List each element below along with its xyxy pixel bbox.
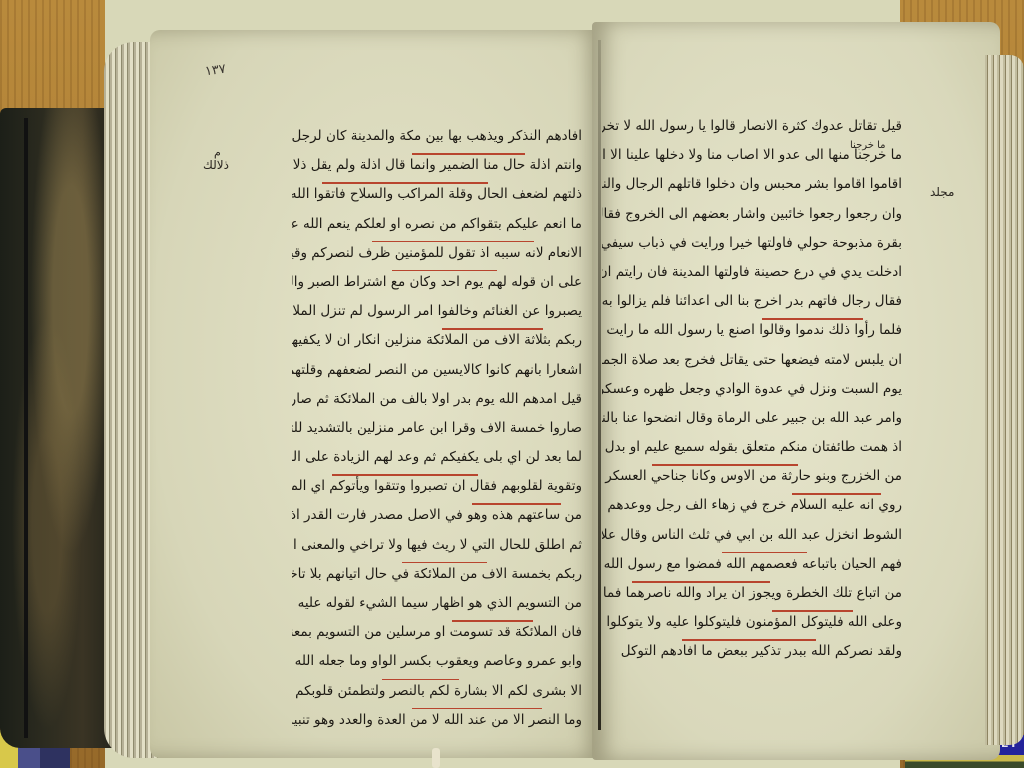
line-text: وامر عبد الله بن جبير على الرماة وقال ان… xyxy=(602,410,902,426)
line-text: ان يلبس لامته فيضعها حتى يقاتل فخرج بعد … xyxy=(602,352,902,368)
manuscript-line: على ان قوله لهم يوم احد وكان مع اشتراط ا… xyxy=(292,268,582,297)
manuscript-line: ربكم بخمسة الاف من الملائكة في حال اتيان… xyxy=(292,560,582,589)
red-rubric-overline xyxy=(472,503,561,505)
line-text: الا بشرى لكم الا بشارة لكم بالنصر ولتطمئ… xyxy=(292,683,582,699)
line-text: وعلى الله فليتوكل المؤمنون فليتوكلوا علي… xyxy=(602,614,902,630)
book-gutter xyxy=(598,40,601,730)
manuscript-line: الانعام لانه سببه اذ تقول للمؤمنين ظرف ل… xyxy=(292,239,582,268)
line-text: صاروا خمسة الاف وقرا ابن عامر منزلين بال… xyxy=(292,420,582,436)
red-rubric-overline xyxy=(762,318,863,320)
red-rubric-overline xyxy=(412,708,542,710)
red-rubric-overline xyxy=(332,474,478,476)
folio-number: ١٣٧ xyxy=(204,62,227,80)
red-rubric-overline xyxy=(442,328,543,330)
manuscript-line: ما خرجنا منها الى عدو الا اصاب منا ولا د… xyxy=(602,141,902,170)
manuscript-line: وانتم اذلة حال منا الضمير وانما قال اذلة… xyxy=(292,151,582,180)
red-rubric-overline xyxy=(632,581,770,583)
line-text: على ان قوله لهم يوم احد وكان مع اشتراط ا… xyxy=(292,274,582,290)
manuscript-line: ادخلت يدي في درع حصينة فاولتها المدينة ف… xyxy=(602,258,902,287)
line-text: الانعام لانه سببه اذ تقول للمؤمنين ظرف ل… xyxy=(292,245,582,261)
manuscript-line: يصبروا عن الغنائم وخالفوا امر الرسول لم … xyxy=(292,297,582,326)
manuscript-line: صاروا خمسة الاف وقرا ابن عامر منزلين بال… xyxy=(292,414,582,443)
line-text: وابو عمرو وعاصم ويعقوب بكسر الواو وما جع… xyxy=(292,653,582,669)
red-rubric-overline xyxy=(402,562,487,564)
manuscript-line: قيل امدهم الله يوم بدر اولا بالف من المل… xyxy=(292,385,582,414)
line-text: وما النصر الا من عند الله لا من العدة وا… xyxy=(292,712,582,728)
red-rubric-overline xyxy=(452,620,533,622)
line-text: وانتم اذلة حال منا الضمير وانما قال اذلة… xyxy=(292,157,582,173)
leather-cover xyxy=(0,108,118,748)
manuscript-line: فقال رجال فاتهم بدر اخرج بنا الى اعدائنا… xyxy=(602,287,902,316)
cover-spine-edge xyxy=(24,118,28,738)
manuscript-line: وامر عبد الله بن جبير على الرماة وقال ان… xyxy=(602,404,902,433)
manuscript-line: ما انعم عليكم بتقواكم من نصره او لعلكم ي… xyxy=(292,210,582,239)
manuscript-line: ذلتهم لضعف الحال وقلة المراكب والسلاح فا… xyxy=(292,180,582,209)
red-rubric-overline xyxy=(412,153,525,155)
line-text: قيل امدهم الله يوم بدر اولا بالف من المل… xyxy=(292,391,582,407)
red-rubric-overline xyxy=(382,679,459,681)
line-text: اشعارا بانهم كانوا كالايسين من النصر لضع… xyxy=(292,362,582,378)
line-text: وان رجعوا رجعوا خائبين واشار بعضهم الى ا… xyxy=(602,206,902,222)
line-text: ما خرجنا منها الى عدو الا اصاب منا ولا د… xyxy=(602,147,902,163)
line-text: ثم اطلق للحال التي لا ريث فيها ولا تراخي… xyxy=(292,537,582,553)
manuscript-line: فهم الحيان باتباعه فعصمهم الله فمضوا مع … xyxy=(602,550,902,579)
manuscript-line: فان الملائكة قد تسومت او مرسلين من التسو… xyxy=(292,618,582,647)
line-text: ربكم بخمسة الاف من الملائكة في حال اتيان… xyxy=(292,566,582,582)
manuscript-line: وما النصر الا من عند الله لا من العدة وا… xyxy=(292,706,582,735)
manuscript-line: من الخزرج وبنو حارثة من الاوس وكانا جناح… xyxy=(602,462,902,491)
margin-note-left: ذلالك xyxy=(203,158,229,172)
bookmark-thread xyxy=(432,748,440,768)
line-text: بقرة مذبوحة حولي فاولتها خيرا ورايت في ذ… xyxy=(602,235,902,251)
red-rubric-overline xyxy=(722,552,807,554)
manuscript-line: وابو عمرو وعاصم ويعقوب بكسر الواو وما جع… xyxy=(292,647,582,676)
manuscript-line: قيل تقاتل عدوك كثرة الانصار قالوا يا رسو… xyxy=(602,112,902,141)
line-text: ما انعم عليكم بتقواكم من نصره او لعلكم ي… xyxy=(292,216,582,232)
line-text: ولقد نصركم الله ببدر تذكير ببعض ما افاده… xyxy=(621,643,902,659)
red-rubric-overline xyxy=(372,241,534,243)
line-text: الشوط انخزل عبد الله بن ابي في ثلث الناس… xyxy=(602,527,902,543)
manuscript-line: بقرة مذبوحة حولي فاولتها خيرا ورايت في ذ… xyxy=(602,229,902,258)
manuscript-line: وتقوية لقلوبهم فقال ان تصبروا وتتقوا ويأ… xyxy=(292,472,582,501)
line-text: من التسويم الذي هو اظهار سيما الشيء لقول… xyxy=(292,595,582,611)
red-rubric-overline xyxy=(792,493,881,495)
manuscript-line: الشوط انخزل عبد الله بن ابي في ثلث الناس… xyxy=(602,521,902,550)
left-page-text: افادهم النذكر ويذهب بها بين مكة والمدينة… xyxy=(292,122,582,735)
line-text: اقاموا اقاموا بشر محبس وان دخلوا قاتلهم … xyxy=(602,176,902,192)
manuscript-line: اقاموا اقاموا بشر محبس وان دخلوا قاتلهم … xyxy=(602,170,902,199)
manuscript-line: من التسويم الذي هو اظهار سيما الشيء لقول… xyxy=(292,589,582,618)
line-text: افادهم النذكر ويذهب بها بين مكة والمدينة… xyxy=(292,128,582,144)
manuscript-line: ربكم بثلاثة الاف من الملائكة منزلين انكا… xyxy=(292,326,582,355)
manuscript-line: من اتباع تلك الخطرة ويجوز ان يراد والله … xyxy=(602,579,902,608)
manuscript-line: الا بشرى لكم الا بشارة لكم بالنصر ولتطمئ… xyxy=(292,677,582,706)
manuscript-line: يوم السبت ونزل في عدوة الوادي وجعل ظهره … xyxy=(602,375,902,404)
line-text: من ساعتهم هذه وهو في الاصل مصدر فارت الق… xyxy=(292,507,582,523)
line-text: لما بعد لن اي بلى يكفيكم ثم وعد لهم الزي… xyxy=(292,449,582,465)
line-text: اذ همت طائفتان منكم متعلق بقوله سميع علي… xyxy=(602,439,902,455)
page-edges-right xyxy=(985,55,1024,745)
line-text: ادخلت يدي في درع حصينة فاولتها المدينة ف… xyxy=(602,264,902,280)
line-text: يصبروا عن الغنائم وخالفوا امر الرسول لم … xyxy=(292,303,582,319)
margin-note-right: مجلد xyxy=(930,185,954,199)
manuscript-line: ولقد نصركم الله ببدر تذكير ببعض ما افاده… xyxy=(602,637,902,666)
manuscript-line: من ساعتهم هذه وهو في الاصل مصدر فارت الق… xyxy=(292,501,582,530)
red-rubric-overline xyxy=(322,182,488,184)
right-page-text: قيل تقاتل عدوك كثرة الانصار قالوا يا رسو… xyxy=(602,112,902,667)
line-text: فلما رأوا ذلك ندموا وقالوا اصنع يا رسول … xyxy=(602,322,902,338)
line-text: ذلتهم لضعف الحال وقلة المراكب والسلاح فا… xyxy=(292,186,582,202)
line-text: فقال رجال فاتهم بدر اخرج بنا الى اعدائنا… xyxy=(602,293,902,309)
manuscript-line: وعلى الله فليتوكل المؤمنون فليتوكلوا علي… xyxy=(602,608,902,637)
line-text: من الخزرج وبنو حارثة من الاوس وكانا جناح… xyxy=(602,468,902,484)
red-rubric-overline xyxy=(772,610,853,612)
manuscript-line: ثم اطلق للحال التي لا ريث فيها ولا تراخي… xyxy=(292,531,582,560)
red-rubric-overline xyxy=(392,270,497,272)
manuscript-line: افادهم النذكر ويذهب بها بين مكة والمدينة… xyxy=(292,122,582,151)
line-text: من اتباع تلك الخطرة ويجوز ان يراد والله … xyxy=(602,585,902,601)
manuscript-line: فلما رأوا ذلك ندموا وقالوا اصنع يا رسول … xyxy=(602,316,902,345)
manuscript-line: روي انه عليه السلام خرج في زهاء الف رجل … xyxy=(602,491,902,520)
line-text: فهم الحيان باتباعه فعصمهم الله فمضوا مع … xyxy=(602,556,902,572)
manuscript-line: اشعارا بانهم كانوا كالايسين من النصر لضع… xyxy=(292,356,582,385)
line-text: قيل تقاتل عدوك كثرة الانصار قالوا يا رسو… xyxy=(602,118,902,134)
line-text: روي انه عليه السلام خرج في زهاء الف رجل … xyxy=(602,497,902,513)
line-text: فان الملائكة قد تسومت او مرسلين من التسو… xyxy=(292,624,582,640)
manuscript-line: وان رجعوا رجعوا خائبين واشار بعضهم الى ا… xyxy=(602,200,902,229)
manuscript-line: ان يلبس لامته فيضعها حتى يقاتل فخرج بعد … xyxy=(602,346,902,375)
red-rubric-overline xyxy=(652,464,798,466)
line-text: يوم السبت ونزل في عدوة الوادي وجعل ظهره … xyxy=(602,381,902,397)
red-rubric-overline xyxy=(682,639,816,641)
manuscript-line: لما بعد لن اي بلى يكفيكم ثم وعد لهم الزي… xyxy=(292,443,582,472)
line-text: وتقوية لقلوبهم فقال ان تصبروا وتتقوا ويأ… xyxy=(292,478,582,494)
manuscript-line: اذ همت طائفتان منكم متعلق بقوله سميع علي… xyxy=(602,433,902,462)
line-text: ربكم بثلاثة الاف من الملائكة منزلين انكا… xyxy=(292,332,582,348)
